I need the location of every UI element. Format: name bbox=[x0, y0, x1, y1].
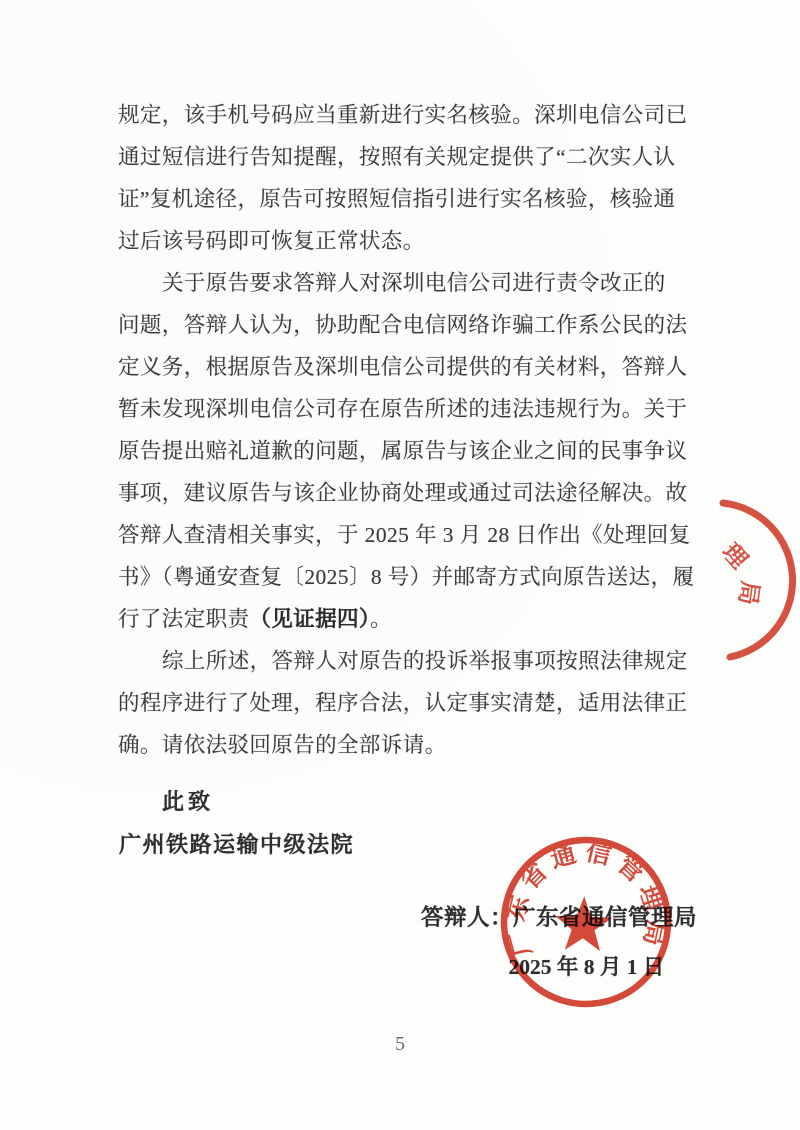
respondent-signature: 答辩人：广东省通信管理局 bbox=[421, 902, 697, 934]
document-body: 规定，该手机号码应当重新进行实名核验。深圳电信公司已 通过短信进行告知提醒，按照… bbox=[118, 94, 684, 766]
text-line: 行了法定职责（见证据四）。 bbox=[118, 598, 684, 640]
text-segment-bold: （见证据四） bbox=[249, 607, 370, 631]
text-line: 原告提出赔礼道歉的问题，属原告与该企业之间的民事争议 bbox=[118, 430, 684, 472]
document-page: 规定，该手机号码应当重新进行实名核验。深圳电信公司已 通过短信进行告知提醒，按照… bbox=[0, 0, 800, 1130]
edge-seal-char: 局 bbox=[733, 579, 763, 607]
seal-ring-text: 广东省通信管理局 bbox=[496, 832, 673, 966]
text-segment: 。 bbox=[370, 607, 392, 631]
closing-court-name: 广州铁路运输中级法院 bbox=[119, 824, 354, 866]
text-line: 规定，该手机号码应当重新进行实名核验。深圳电信公司已 bbox=[118, 94, 684, 136]
text-line: 过后该号码即可恢复正常状态。 bbox=[118, 220, 684, 262]
text-line: 关于原告要求答辩人对深圳电信公司进行责令改正的 bbox=[118, 262, 684, 304]
text-line: 通过短信进行告知提醒，按照有关规定提供了“二次实人认 bbox=[118, 136, 684, 178]
text-line: 定义务，根据原告及深圳电信公司提供的有关材料，答辩人 bbox=[118, 346, 684, 388]
page-number: 5 bbox=[388, 1033, 412, 1056]
text-line: 事项，建议原告与该企业协商处理或通过司法途径解决。故 bbox=[118, 472, 684, 514]
edge-seal-arc bbox=[723, 503, 793, 657]
text-line: 书》（粤通安查复〔2025〕8 号）并邮寄方式向原告送达，履 bbox=[118, 556, 684, 598]
text-line: 综上所述，答辩人对原告的投诉举报事项按照法律规定 bbox=[118, 640, 684, 682]
text-line: 答辩人查清相关事实，于 2025 年 3 月 28 日作出《处理回复 bbox=[118, 514, 684, 556]
closing-salute: 此致 bbox=[162, 781, 214, 823]
text-segment: 行了法定职责 bbox=[118, 607, 249, 631]
text-line: 的程序进行了处理，程序合法，认定事实清楚，适用法律正 bbox=[118, 682, 684, 724]
text-line: 确。请依法驳回原告的全部诉请。 bbox=[118, 724, 684, 766]
signature-date: 2025 年 8 月 1 日 bbox=[504, 952, 669, 982]
text-line: 证”复机途径，原告可按照短信指引进行实名核验，核验通 bbox=[118, 178, 684, 220]
text-line: 暂未发现深圳电信公司存在原告所述的违法违规行为。关于 bbox=[118, 388, 684, 430]
text-line: 问题，答辩人认为，协助配合电信网络诈骗工作系公民的法 bbox=[118, 304, 684, 346]
edge-seal-char: 理 bbox=[717, 538, 754, 575]
